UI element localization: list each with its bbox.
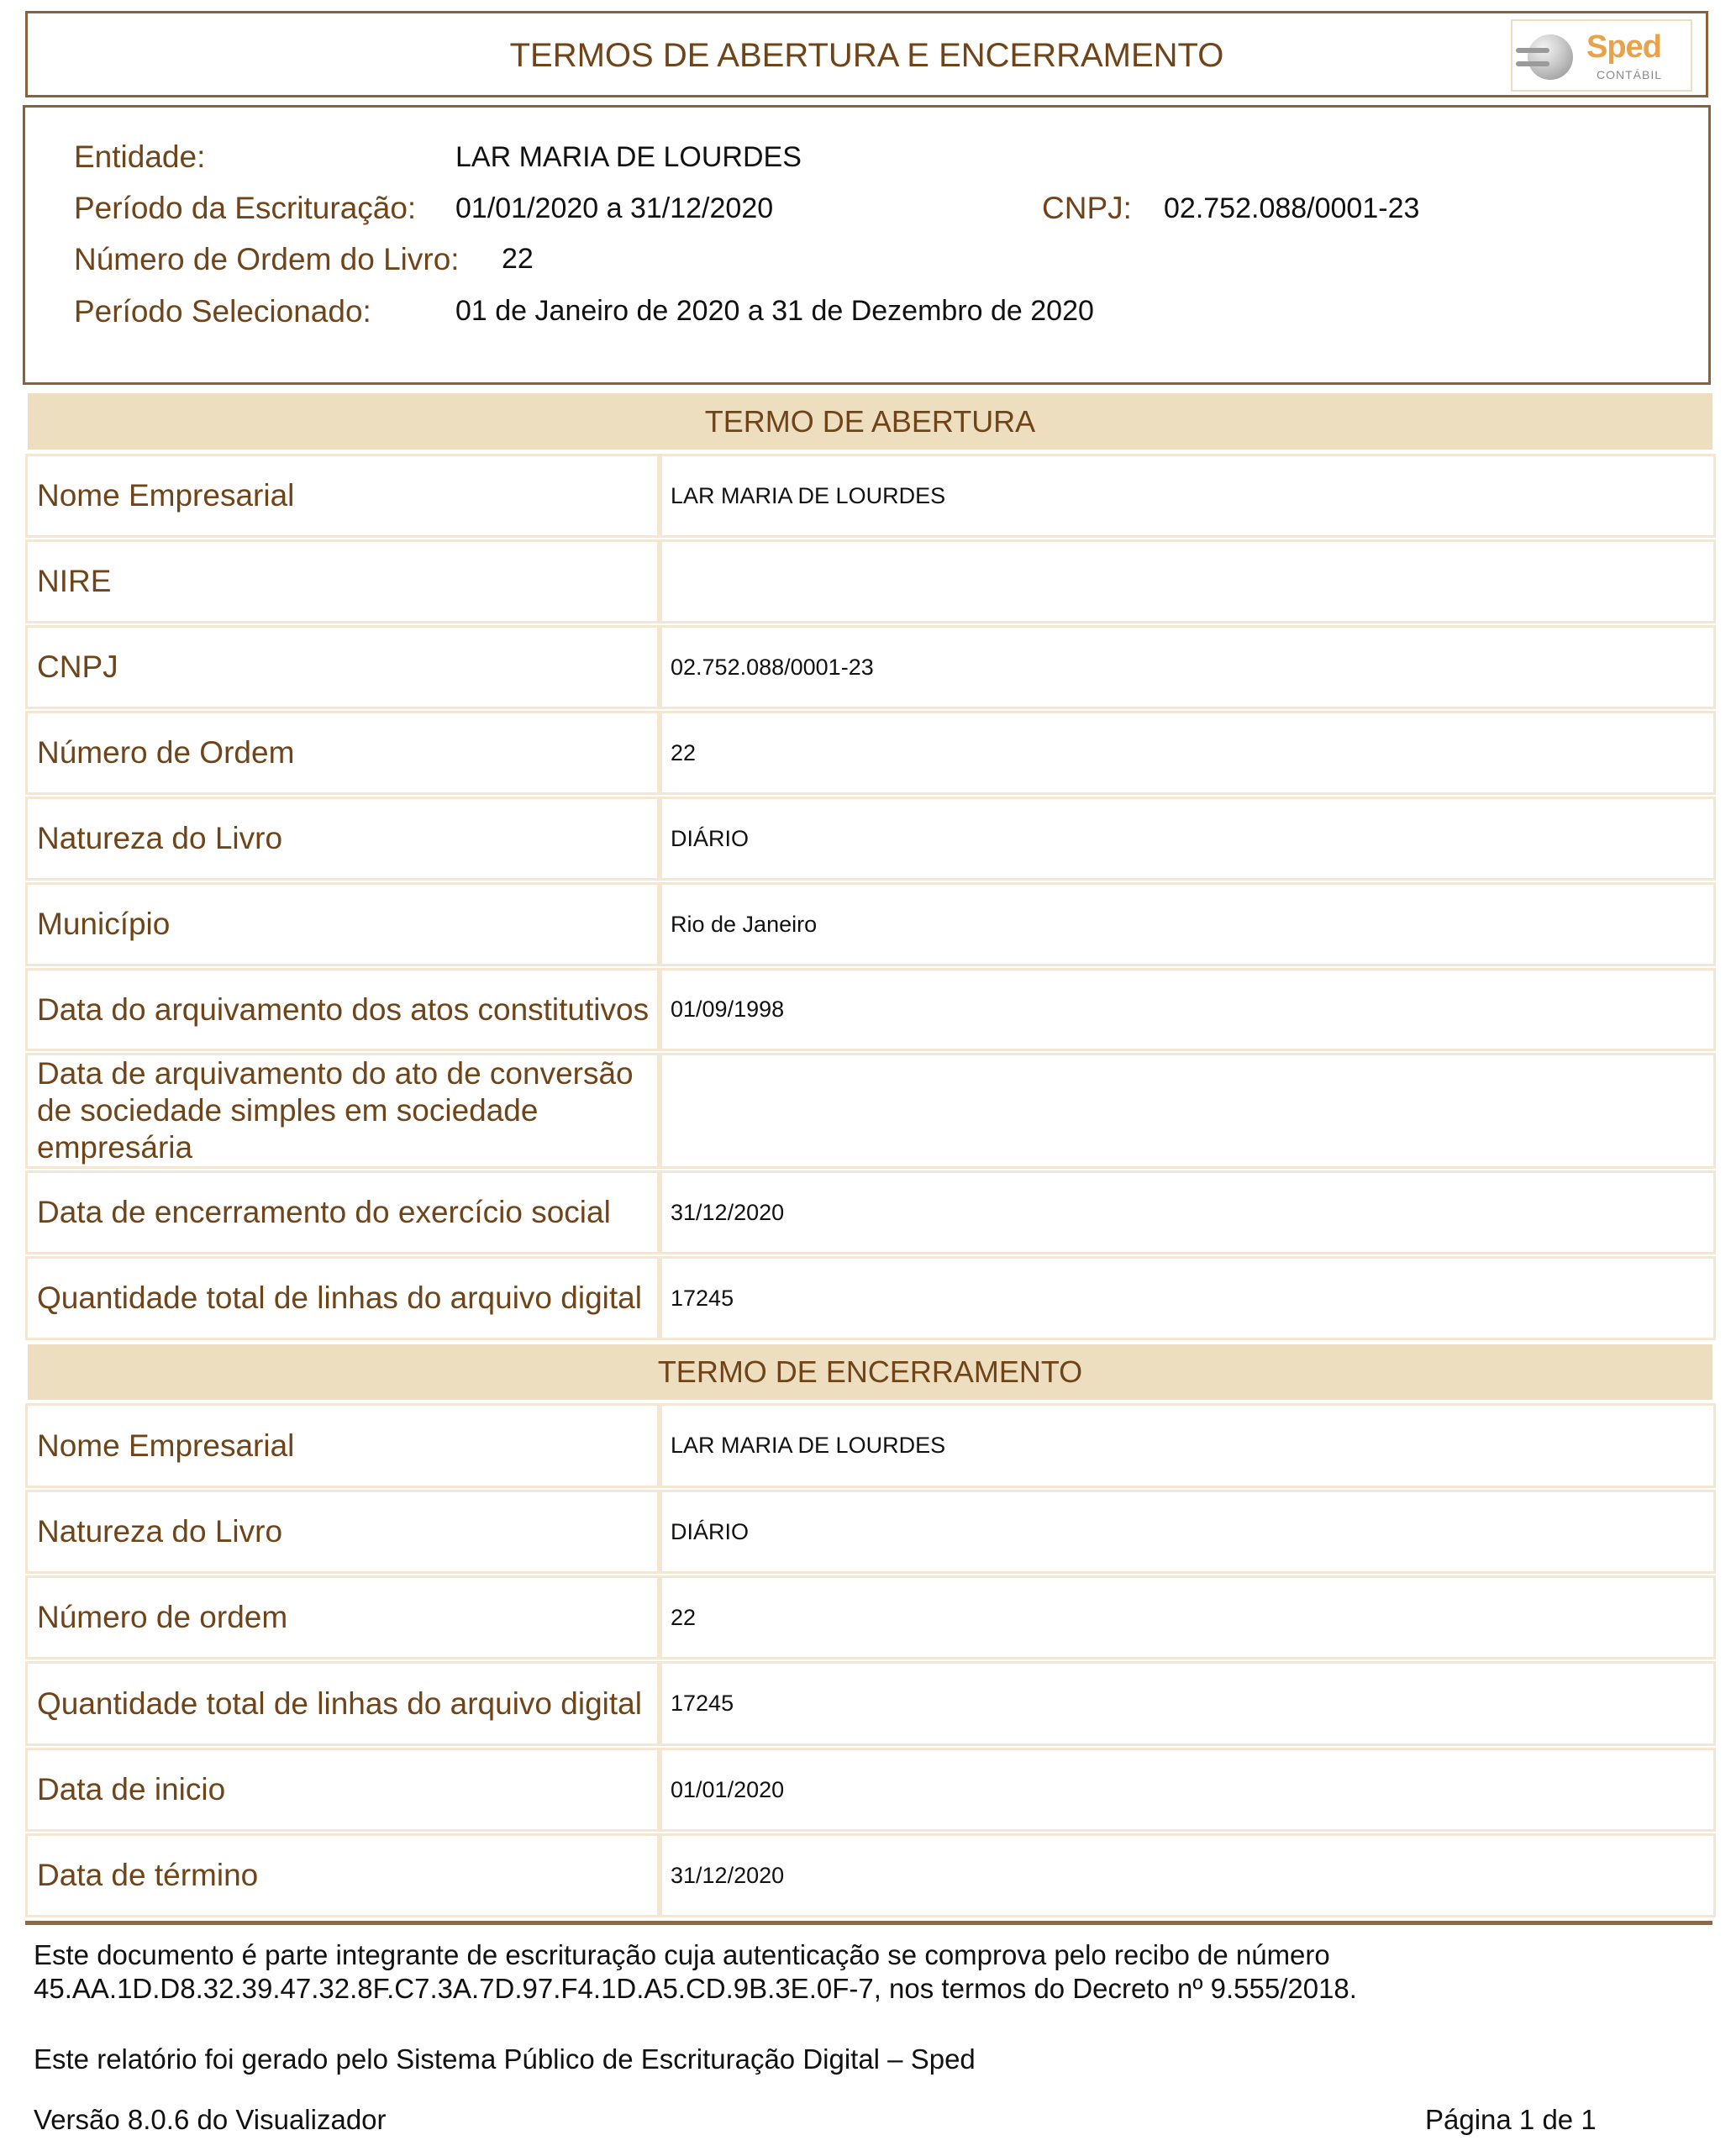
row-value: 02.752.088/0001-23 [660,625,1716,709]
row-label: CNPJ [25,625,660,709]
sped-contabil-logo: Sped CONTÁBIL [1511,19,1692,92]
row-value [660,539,1716,623]
row-label: Número de ordem [25,1575,660,1659]
table-row: Natureza do LivroDIÁRIO [25,1490,1716,1574]
table-row: Data de inicio01/01/2020 [25,1748,1716,1832]
row-label: Nome Empresarial [25,454,660,538]
viewer-version: Versão 8.0.6 do Visualizador [34,2104,387,2136]
row-label: Data do arquivamento dos atos constituti… [25,968,660,1051]
row-label: Data de inicio [25,1748,660,1832]
bookkeeping-info-box: Entidade: LAR MARIA DE LOURDES Período d… [23,105,1711,385]
row-value: 17245 [660,1256,1716,1340]
table-row: Data de término31/12/2020 [25,1833,1716,1917]
row-value: LAR MARIA DE LOURDES [660,454,1716,538]
row-value: 22 [660,1575,1716,1659]
bottom-divider [25,1921,1712,1925]
table-row: Número de Ordem22 [25,711,1716,795]
table-row: Data de encerramento do exercício social… [25,1170,1716,1254]
row-label: Município [25,882,660,966]
table-row: Data de arquivamento do ato de conversão… [25,1053,1716,1169]
row-label: Nome Empresarial [25,1403,660,1488]
table-row: Natureza do LivroDIÁRIO [25,797,1716,881]
table-row: MunicípioRio de Janeiro [25,882,1716,966]
periodo-escrituracao-label: Período da Escrituração: [74,191,416,226]
numero-ordem-value: 22 [502,243,534,276]
table-row: CNPJ02.752.088/0001-23 [25,625,1716,709]
page-indicator: Página 1 de 1 [1425,2104,1597,2136]
table-row: Número de ordem22 [25,1575,1716,1659]
globe-icon [1528,34,1573,80]
row-value: LAR MARIA DE LOURDES [660,1403,1716,1488]
row-value: DIÁRIO [660,797,1716,881]
abertura-section-header: TERMO DE ABERTURA [28,393,1712,450]
table-row: Data do arquivamento dos atos constituti… [25,968,1716,1051]
cnpj-value: 02.752.088/0001-23 [1164,192,1419,225]
row-label: Data de término [25,1833,660,1917]
row-label: Natureza do Livro [25,797,660,881]
authentication-text-line2: 45.AA.1D.D8.32.39.47.32.8F.C7.3A.7D.97.F… [34,1973,1357,2005]
table-row: NIRE [25,539,1716,623]
row-value [660,1053,1716,1169]
periodo-selecionado-label: Período Selecionado: [74,294,371,329]
row-value: 17245 [660,1661,1716,1746]
table-row: Quantidade total de linhas do arquivo di… [25,1661,1716,1746]
row-value: 31/12/2020 [660,1170,1716,1254]
cnpj-label: CNPJ: [1042,191,1132,226]
report-title: TERMOS DE ABERTURA E ENCERRAMENTO [28,37,1706,75]
entidade-label: Entidade: [74,139,205,175]
table-row: Nome EmpresarialLAR MARIA DE LOURDES [25,454,1716,538]
authentication-text-line1: Este documento é parte integrante de esc… [34,1939,1330,1971]
row-label: Data de encerramento do exercício social [25,1170,660,1254]
row-value: 01/01/2020 [660,1748,1716,1832]
row-value: DIÁRIO [660,1490,1716,1574]
logo-name: Sped [1586,29,1661,66]
generated-by-text: Este relatório foi gerado pelo Sistema P… [34,2043,976,2075]
table-row: Nome EmpresarialLAR MARIA DE LOURDES [25,1403,1716,1488]
table-row: Quantidade total de linhas do arquivo di… [25,1256,1716,1340]
logo-subtitle: CONTÁBIL [1597,68,1662,82]
row-value: Rio de Janeiro [660,882,1716,966]
report-title-box: TERMOS DE ABERTURA E ENCERRAMENTO Sped C… [25,11,1708,97]
entidade-value: LAR MARIA DE LOURDES [455,141,802,174]
row-value: 31/12/2020 [660,1833,1716,1917]
periodo-selecionado-value: 01 de Janeiro de 2020 a 31 de Dezembro d… [455,295,1094,328]
periodo-escrituracao-value: 01/01/2020 a 31/12/2020 [455,192,773,225]
numero-ordem-label: Número de Ordem do Livro: [74,242,460,277]
row-value: 22 [660,711,1716,795]
encerramento-section-header: TERMO DE ENCERRAMENTO [28,1344,1712,1400]
row-value: 01/09/1998 [660,968,1716,1051]
row-label: Número de Ordem [25,711,660,795]
row-label: Quantidade total de linhas do arquivo di… [25,1661,660,1746]
row-label: NIRE [25,539,660,623]
row-label: Natureza do Livro [25,1490,660,1574]
row-label: Quantidade total de linhas do arquivo di… [25,1256,660,1340]
row-label: Data de arquivamento do ato de conversão… [25,1053,660,1169]
